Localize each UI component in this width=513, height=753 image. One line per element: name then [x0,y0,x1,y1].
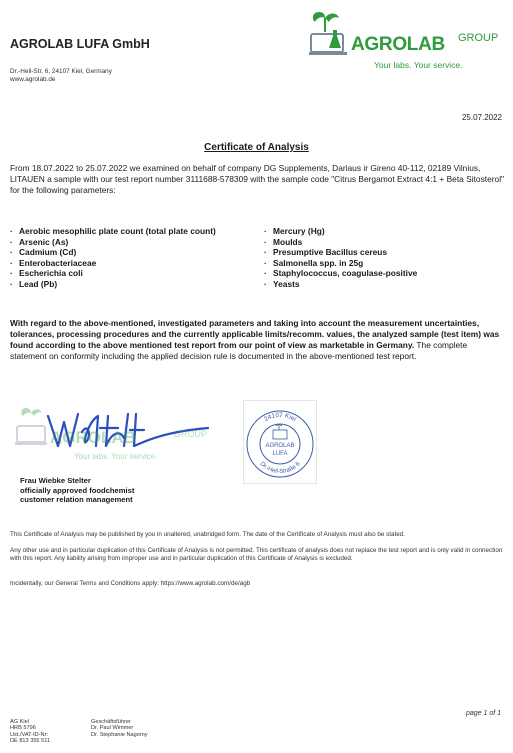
parameter-label: Arsenic (As) [19,237,68,247]
watermark-group-text: GROUP [174,429,207,439]
parameter-item: ·Moulds [264,237,494,248]
parameter-label: Escherichia coli [19,268,83,278]
footer-management: Geschäftsführer Dr. Paul Wimmer Dr. Step… [91,719,148,738]
bullet-icon: · [10,279,13,290]
parameter-column-left: ·Aerobic mesophilic plate count (total p… [10,226,240,289]
page-number: page 1 of 1 [466,710,501,717]
bullet-icon: · [264,279,267,290]
parameter-label: Lead (Pb) [19,279,57,289]
bullet-icon: · [10,268,13,279]
address-line: Dr.-Hell-Str. 6, 24107 Kiel, Germany [10,68,112,76]
parameter-item: ·Yeasts [264,279,494,290]
logo-text: AGROLAB [351,34,445,56]
bullet-icon: · [10,237,13,248]
watermark-logo-text: AGROLAB [50,428,136,448]
stamp-center-text-2: LUFA [272,451,287,457]
parameter-item: ·Salmonella spp. in 25g [264,258,494,269]
parameter-column-right: ·Mercury (Hg)·Moulds·Presumptive Bacillu… [264,226,494,289]
footer-line: DE 813 355 511 [10,738,50,744]
parameter-label: Staphylococcus, coagulase-positive [273,268,417,278]
parameter-label: Salmonella spp. in 25g [273,258,363,268]
parameter-label: Mercury (Hg) [273,226,325,236]
publication-note: This Certificate of Analysis may be publ… [10,531,507,539]
bullet-icon: · [264,268,267,279]
parameter-item: ·Escherichia coli [10,268,240,279]
bullet-icon: · [264,247,267,258]
parameter-item: ·Lead (Pb) [10,279,240,290]
company-address: Dr.-Hell-Str. 6, 24107 Kiel, Germany www… [10,68,112,84]
bullet-icon: · [264,258,267,269]
signatory-name: Frau Wiebke Stelter [20,476,134,486]
document-date: 25.07.2022 [462,113,502,122]
agrolab-logo-icon [307,8,351,58]
usage-note: Any other use and in particular duplicat… [10,547,507,563]
parameter-item: ·Presumptive Bacillus cereus [264,247,494,258]
document-title: Certificate of Analysis [0,142,513,153]
signatory-department: customer relation management [20,495,134,505]
intro-paragraph: From 18.07.2022 to 25.07.2022 we examine… [10,163,505,196]
footer-line: Dr. Stephanie Nagorny [91,732,148,738]
bullet-icon: · [264,226,267,237]
stamp-center-text: AGROLAB [265,443,294,449]
logo-group-text: GROUP [458,32,498,44]
footer-registration: AG Kiel HRB 5796 Ust./VAT-ID-Nr: DE 813 … [10,719,50,745]
parameter-item: ·Arsenic (As) [10,237,240,248]
signatory: Frau Wiebke Stelter officially approved … [20,476,134,505]
parameter-label: Presumptive Bacillus cereus [273,247,387,257]
bullet-icon: · [264,237,267,248]
parameter-item: ·Cadmium (Cd) [10,247,240,258]
conclusion: With regard to the above-mentioned, inve… [10,318,505,362]
parameter-label: Cadmium (Cd) [19,247,76,257]
terms-note: Incidentally, our General Terms and Cond… [10,580,507,588]
parameter-item: ·Staphylococcus, coagulase-positive [264,268,494,279]
company-name: AGROLAB LUFA GmbH [10,37,150,51]
parameter-label: Enterobacteriaceae [19,258,96,268]
parameter-item: ·Enterobacteriaceae [10,258,240,269]
parameter-label: Moulds [273,237,302,247]
bullet-icon: · [10,247,13,258]
official-stamp-icon: 24107 Kiel Dr.-Hell-Straße 6 AGROLAB LUF… [243,400,317,484]
title-text: Certificate of Analysis [204,142,309,153]
parameter-item: ·Aerobic mesophilic plate count (total p… [10,226,240,237]
tagline: Your labs. Your service. [374,60,463,70]
bullet-icon: · [10,258,13,269]
parameter-item: ·Mercury (Hg) [264,226,494,237]
parameter-label: Aerobic mesophilic plate count (total pl… [19,226,216,236]
signatory-role: officially approved foodchemist [20,486,134,496]
watermark-tagline: Your labs. Your service. [74,452,157,461]
signature-area: AGROLAB GROUP Your labs. Your service. [12,402,222,472]
bullet-icon: · [10,226,13,237]
parameter-label: Yeasts [273,279,300,289]
website-line: www.agrolab.de [10,76,112,84]
